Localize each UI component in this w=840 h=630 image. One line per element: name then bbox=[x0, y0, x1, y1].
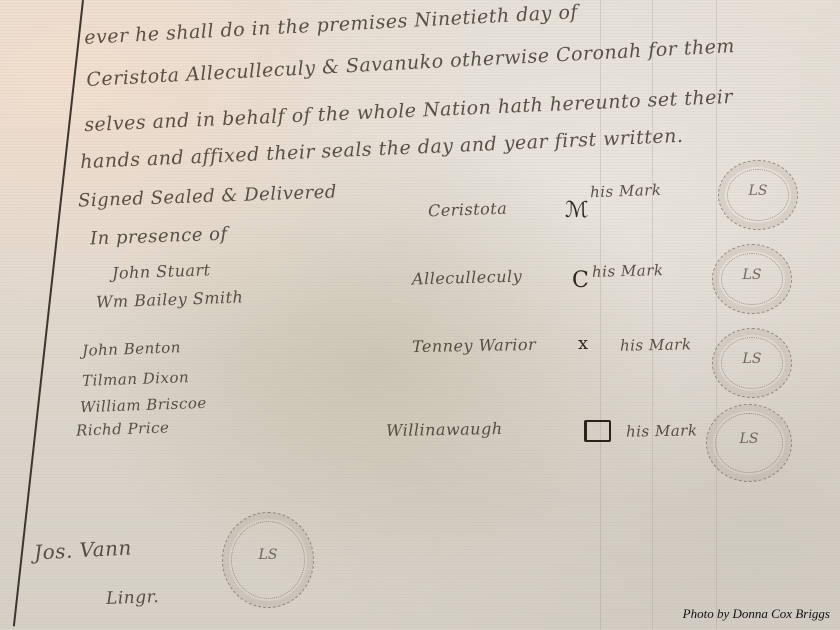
wax-seal-icon: LS bbox=[706, 404, 792, 482]
signatory-name: Ceristota bbox=[428, 199, 508, 221]
seal-label: LS bbox=[713, 351, 791, 367]
lower-signatory-name: Jos. Vann bbox=[33, 535, 132, 564]
wax-seal-icon: LS bbox=[222, 512, 314, 608]
box-mark-icon bbox=[584, 420, 611, 442]
witness-signature: Richd Price bbox=[76, 418, 170, 439]
witness-signature: John Benton bbox=[82, 338, 181, 359]
mark-symbol-icon: x bbox=[578, 333, 588, 354]
wax-seal-icon: LS bbox=[712, 328, 792, 398]
mark-label: his Mark bbox=[592, 261, 664, 281]
mark-label: his Mark bbox=[626, 421, 698, 440]
signatory-name: Tenney Warior bbox=[412, 335, 537, 356]
photo-credit: Photo by Donna Cox Briggs bbox=[683, 606, 830, 622]
seal-label: LS bbox=[707, 431, 791, 447]
seal-label: LS bbox=[223, 547, 313, 563]
mark-symbol-icon: ℳ bbox=[565, 198, 589, 223]
lower-signatory-title: Lingr. bbox=[106, 587, 160, 609]
witness-signature: John Stuart bbox=[112, 260, 211, 282]
wax-seal-icon: LS bbox=[712, 244, 792, 314]
seal-label: LS bbox=[713, 267, 791, 283]
seal-label: LS bbox=[719, 183, 797, 199]
signatory-name: Alleculleculy bbox=[412, 267, 523, 289]
witness-signature: Tilman Dixon bbox=[82, 368, 190, 390]
mark-label: his Mark bbox=[620, 335, 692, 354]
wax-seal-icon: LS bbox=[718, 160, 798, 230]
mark-symbol-icon: C bbox=[572, 268, 589, 293]
mark-label: his Mark bbox=[590, 181, 662, 201]
signatory-name: Willinawaugh bbox=[386, 419, 503, 440]
